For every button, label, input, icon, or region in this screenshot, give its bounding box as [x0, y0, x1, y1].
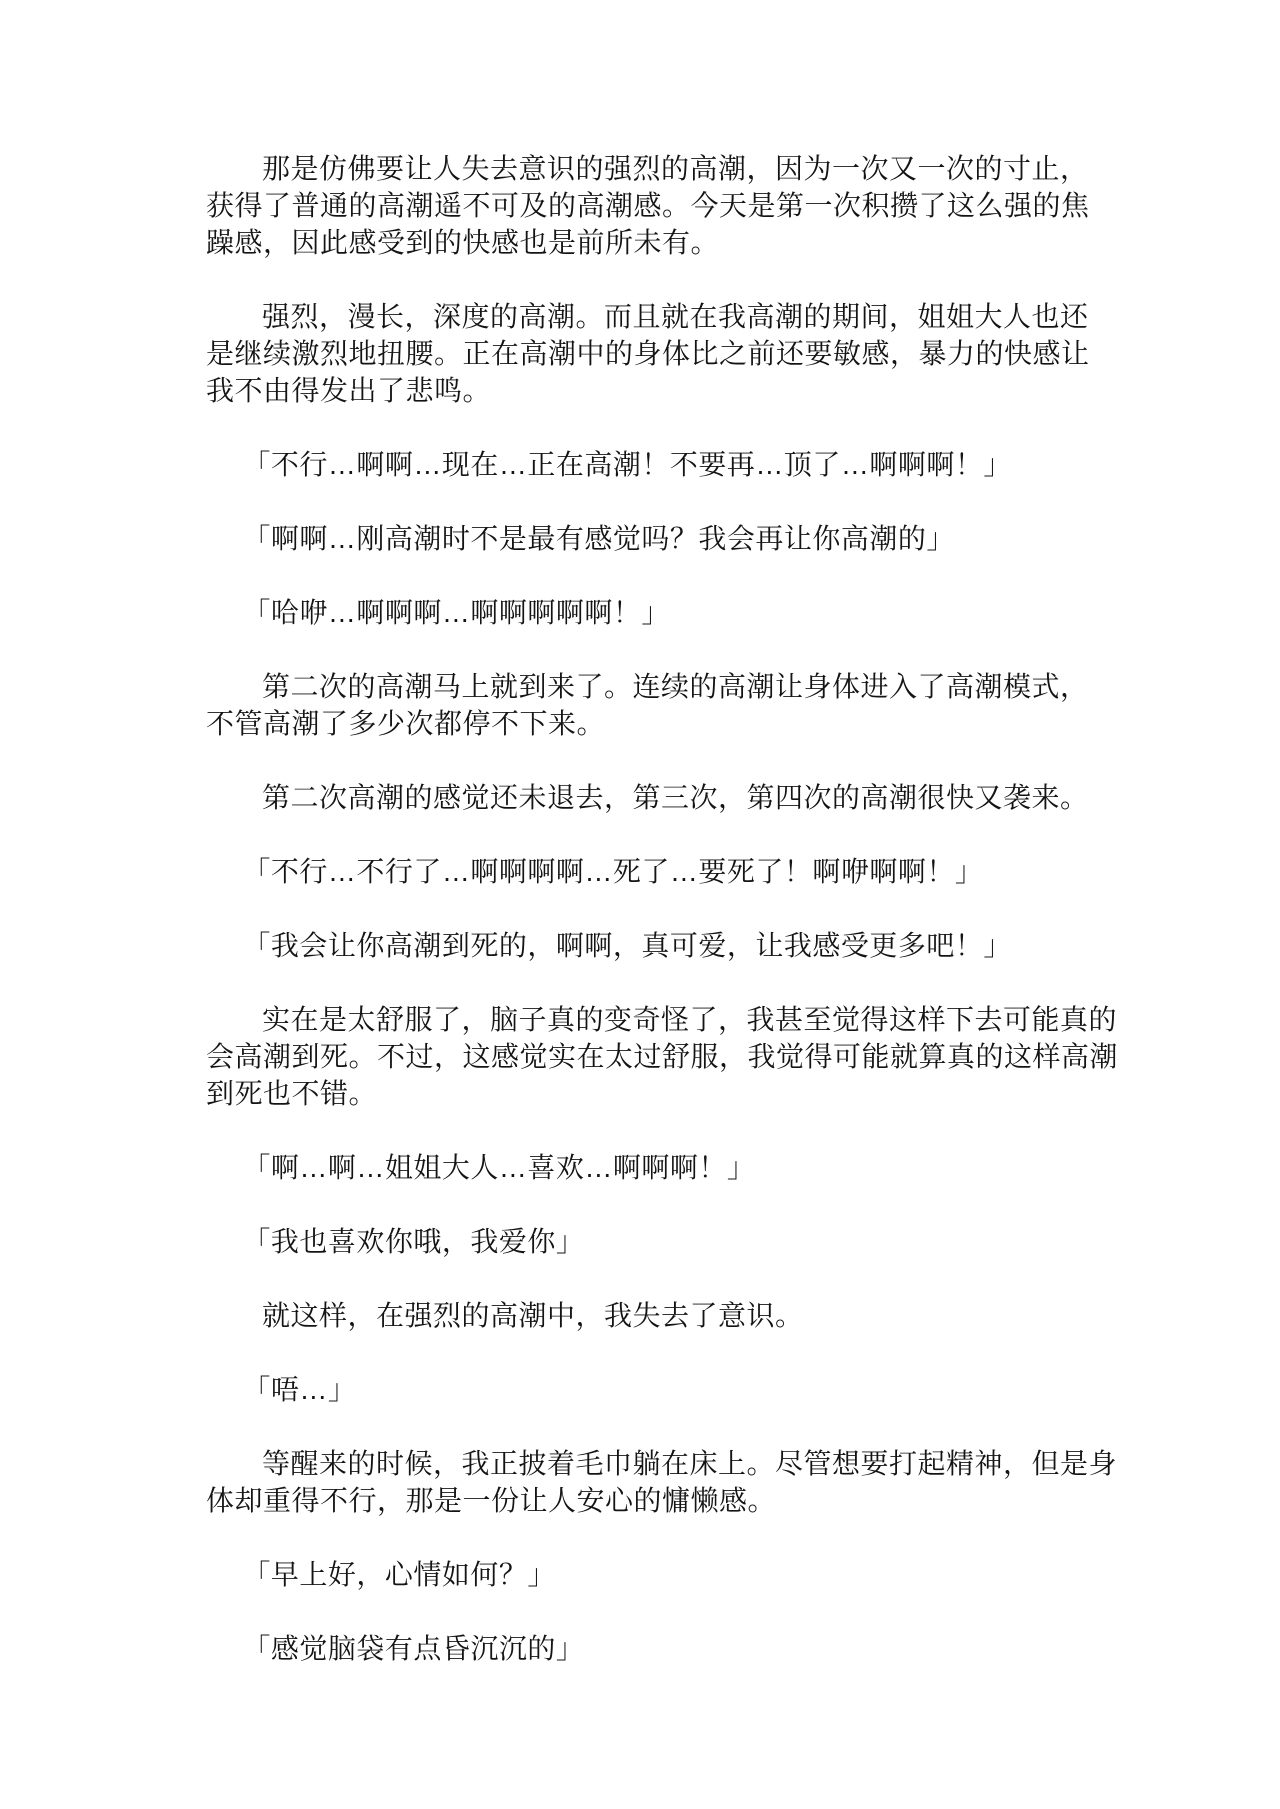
paragraph: 第二次高潮的感觉还未退去，第三次，第四次的高潮很快又袭来。 — [206, 779, 1206, 816]
dialogue-line: 「唔…」 — [206, 1371, 1206, 1408]
dialogue-line: 「不行…啊啊…现在…正在高潮！不要再…顶了…啊啊啊！」 — [206, 446, 1206, 483]
paragraph: 第二次的高潮马上就到来了。连续的高潮让身体进入了高潮模式， 不管高潮了多少次都停… — [206, 668, 1206, 742]
dialogue-line: 「不行…不行了…啊啊啊啊…死了…要死了！啊咿啊啊！」 — [206, 853, 1206, 890]
dialogue-line: 「啊啊…刚高潮时不是最有感觉吗？我会再让你高潮的」 — [206, 520, 1206, 557]
paragraph: 那是仿佛要让人失去意识的强烈的高潮，因为一次又一次的寸止， 获得了普通的高潮遥不… — [206, 150, 1206, 261]
paragraph: 强烈，漫长，深度的高潮。而且就在我高潮的期间，姐姐大人也还 是继续激烈地扭腰。正… — [206, 298, 1206, 409]
paragraph: 就这样，在强烈的高潮中，我失去了意识。 — [206, 1297, 1206, 1334]
paragraph: 实在是太舒服了，脑子真的变奇怪了，我甚至觉得这样下去可能真的 会高潮到死。不过，… — [206, 1001, 1206, 1112]
document-page: 那是仿佛要让人失去意识的强烈的高潮，因为一次又一次的寸止， 获得了普通的高潮遥不… — [0, 0, 1280, 1809]
dialogue-line: 「我会让你高潮到死的，啊啊，真可爱，让我感受更多吧！」 — [206, 927, 1206, 964]
dialogue-line: 「哈咿…啊啊啊…啊啊啊啊啊！」 — [206, 594, 1206, 631]
paragraph: 等醒来的时候，我正披着毛巾躺在床上。尽管想要打起精神，但是身 体却重得不行，那是… — [206, 1445, 1206, 1519]
dialogue-line: 「我也喜欢你哦，我爱你」 — [206, 1223, 1206, 1260]
dialogue-line: 「啊…啊…姐姐大人…喜欢…啊啊啊！」 — [206, 1149, 1206, 1186]
dialogue-line: 「早上好，心情如何？」 — [206, 1556, 1206, 1593]
dialogue-line: 「感觉脑袋有点昏沉沉的」 — [206, 1630, 1206, 1667]
